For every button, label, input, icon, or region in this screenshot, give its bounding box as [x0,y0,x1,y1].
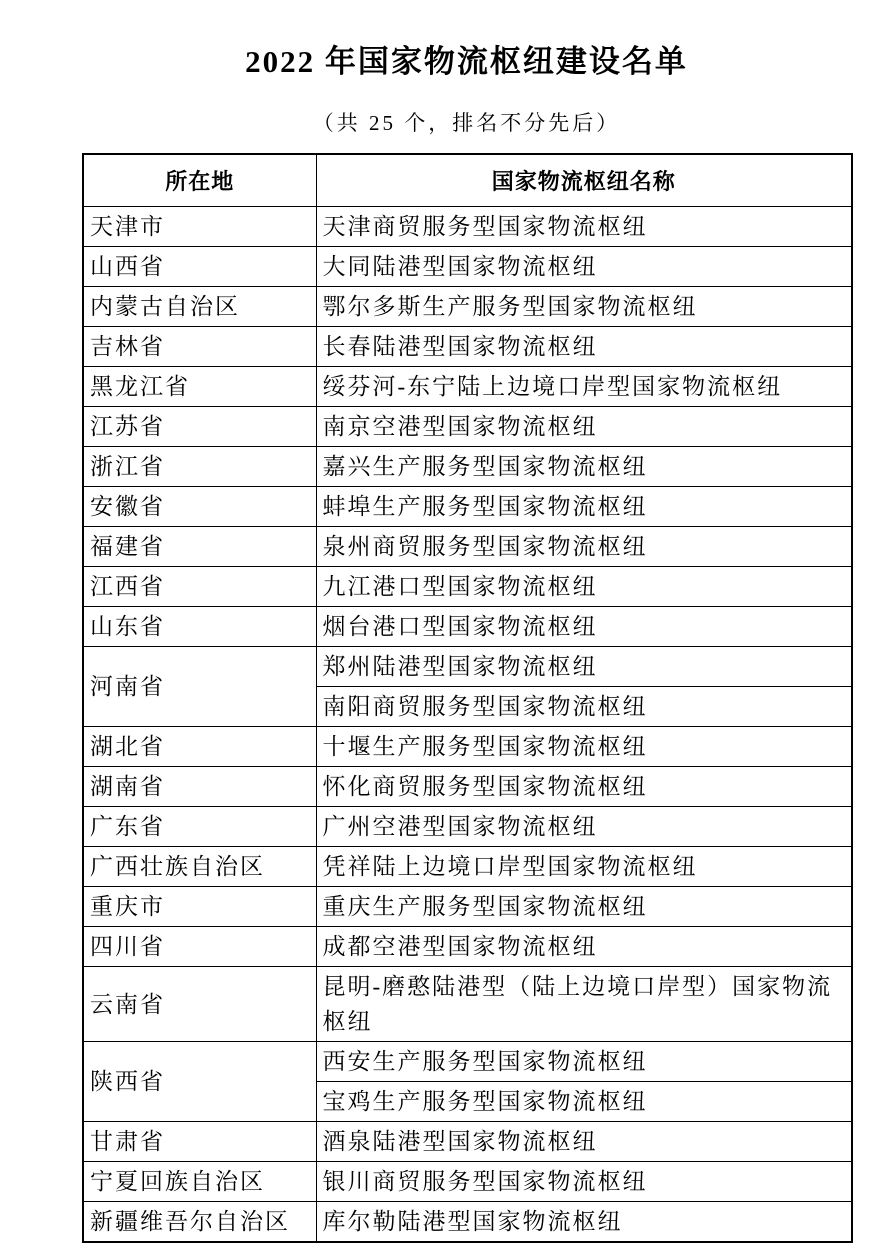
hub-name-column-header: 国家物流枢纽名称 [316,154,852,207]
location-cell: 吉林省 [83,327,316,367]
table-row: 甘肃省酒泉陆港型国家物流枢纽 [83,1122,852,1162]
location-cell: 山西省 [83,247,316,287]
table-row: 广东省广州空港型国家物流枢纽 [83,807,852,847]
table-row: 吉林省长春陆港型国家物流枢纽 [83,327,852,367]
location-cell: 陕西省 [83,1042,316,1122]
location-cell: 重庆市 [83,887,316,927]
location-cell: 江苏省 [83,407,316,447]
hub-name-cell: 十堰生产服务型国家物流枢纽 [316,727,852,767]
table-row: 河南省郑州陆港型国家物流枢纽 [83,647,852,687]
table-row: 山西省大同陆港型国家物流枢纽 [83,247,852,287]
hub-name-cell: 库尔勒陆港型国家物流枢纽 [316,1202,852,1243]
table-row: 重庆市重庆生产服务型国家物流枢纽 [83,887,852,927]
location-cell: 甘肃省 [83,1122,316,1162]
location-cell: 云南省 [83,967,316,1042]
table-row: 山东省烟台港口型国家物流枢纽 [83,607,852,647]
hub-table: 所在地 国家物流枢纽名称 天津市天津商贸服务型国家物流枢纽山西省大同陆港型国家物… [82,153,853,1243]
hub-name-cell: 成都空港型国家物流枢纽 [316,927,852,967]
hub-name-cell: 昆明-磨憨陆港型（陆上边境口岸型）国家物流枢纽 [316,967,852,1042]
hub-name-cell: 南京空港型国家物流枢纽 [316,407,852,447]
table-row: 天津市天津商贸服务型国家物流枢纽 [83,207,852,247]
hub-name-cell: 宝鸡生产服务型国家物流枢纽 [316,1082,852,1122]
table-row: 四川省成都空港型国家物流枢纽 [83,927,852,967]
hub-name-cell: 鄂尔多斯生产服务型国家物流枢纽 [316,287,852,327]
location-cell: 广西壮族自治区 [83,847,316,887]
hub-table-body: 天津市天津商贸服务型国家物流枢纽山西省大同陆港型国家物流枢纽内蒙古自治区鄂尔多斯… [83,207,852,1243]
table-row: 湖北省十堰生产服务型国家物流枢纽 [83,727,852,767]
hub-name-cell: 郑州陆港型国家物流枢纽 [316,647,852,687]
location-cell: 天津市 [83,207,316,247]
hub-name-cell: 嘉兴生产服务型国家物流枢纽 [316,447,852,487]
table-row: 安徽省蚌埠生产服务型国家物流枢纽 [83,487,852,527]
location-cell: 宁夏回族自治区 [83,1162,316,1202]
table-row: 福建省泉州商贸服务型国家物流枢纽 [83,527,852,567]
document-content: 2022 年国家物流枢纽建设名单 （共 25 个，排名不分先后） 所在地 国家物… [82,0,851,1243]
table-row: 江西省九江港口型国家物流枢纽 [83,567,852,607]
hub-name-cell: 泉州商贸服务型国家物流枢纽 [316,527,852,567]
location-cell: 山东省 [83,607,316,647]
hub-name-cell: 大同陆港型国家物流枢纽 [316,247,852,287]
table-row: 江苏省南京空港型国家物流枢纽 [83,407,852,447]
table-row: 宁夏回族自治区银川商贸服务型国家物流枢纽 [83,1162,852,1202]
location-cell: 河南省 [83,647,316,727]
table-row: 湖南省怀化商贸服务型国家物流枢纽 [83,767,852,807]
hub-name-cell: 长春陆港型国家物流枢纽 [316,327,852,367]
hub-name-cell: 九江港口型国家物流枢纽 [316,567,852,607]
page-title: 2022 年国家物流枢纽建设名单 [82,0,851,81]
hub-name-cell: 银川商贸服务型国家物流枢纽 [316,1162,852,1202]
hub-name-cell: 烟台港口型国家物流枢纽 [316,607,852,647]
location-cell: 广东省 [83,807,316,847]
hub-name-cell: 凭祥陆上边境口岸型国家物流枢纽 [316,847,852,887]
hub-name-cell: 绥芬河-东宁陆上边境口岸型国家物流枢纽 [316,367,852,407]
hub-name-cell: 南阳商贸服务型国家物流枢纽 [316,687,852,727]
location-cell: 福建省 [83,527,316,567]
location-cell: 湖北省 [83,727,316,767]
table-row: 云南省昆明-磨憨陆港型（陆上边境口岸型）国家物流枢纽 [83,967,852,1042]
location-cell: 黑龙江省 [83,367,316,407]
table-row: 新疆维吾尔自治区库尔勒陆港型国家物流枢纽 [83,1202,852,1243]
hub-name-cell: 酒泉陆港型国家物流枢纽 [316,1122,852,1162]
hub-name-cell: 天津商贸服务型国家物流枢纽 [316,207,852,247]
table-row: 内蒙古自治区鄂尔多斯生产服务型国家物流枢纽 [83,287,852,327]
hub-name-cell: 怀化商贸服务型国家物流枢纽 [316,767,852,807]
location-cell: 江西省 [83,567,316,607]
hub-name-cell: 蚌埠生产服务型国家物流枢纽 [316,487,852,527]
location-cell: 湖南省 [83,767,316,807]
location-cell: 新疆维吾尔自治区 [83,1202,316,1243]
table-row: 陕西省西安生产服务型国家物流枢纽 [83,1042,852,1082]
table-row: 浙江省嘉兴生产服务型国家物流枢纽 [83,447,852,487]
location-cell: 四川省 [83,927,316,967]
table-row: 黑龙江省绥芬河-东宁陆上边境口岸型国家物流枢纽 [83,367,852,407]
page-subtitle: （共 25 个，排名不分先后） [82,107,851,137]
document-page: 2022 年国家物流枢纽建设名单 （共 25 个，排名不分先后） 所在地 国家物… [0,0,889,1250]
location-cell: 安徽省 [83,487,316,527]
location-cell: 内蒙古自治区 [83,287,316,327]
header-row: 所在地 国家物流枢纽名称 [83,154,852,207]
hub-name-cell: 广州空港型国家物流枢纽 [316,807,852,847]
hub-table-header: 所在地 国家物流枢纽名称 [83,154,852,207]
hub-name-cell: 西安生产服务型国家物流枢纽 [316,1042,852,1082]
hub-name-cell: 重庆生产服务型国家物流枢纽 [316,887,852,927]
table-row: 广西壮族自治区凭祥陆上边境口岸型国家物流枢纽 [83,847,852,887]
location-cell: 浙江省 [83,447,316,487]
location-column-header: 所在地 [83,154,316,207]
